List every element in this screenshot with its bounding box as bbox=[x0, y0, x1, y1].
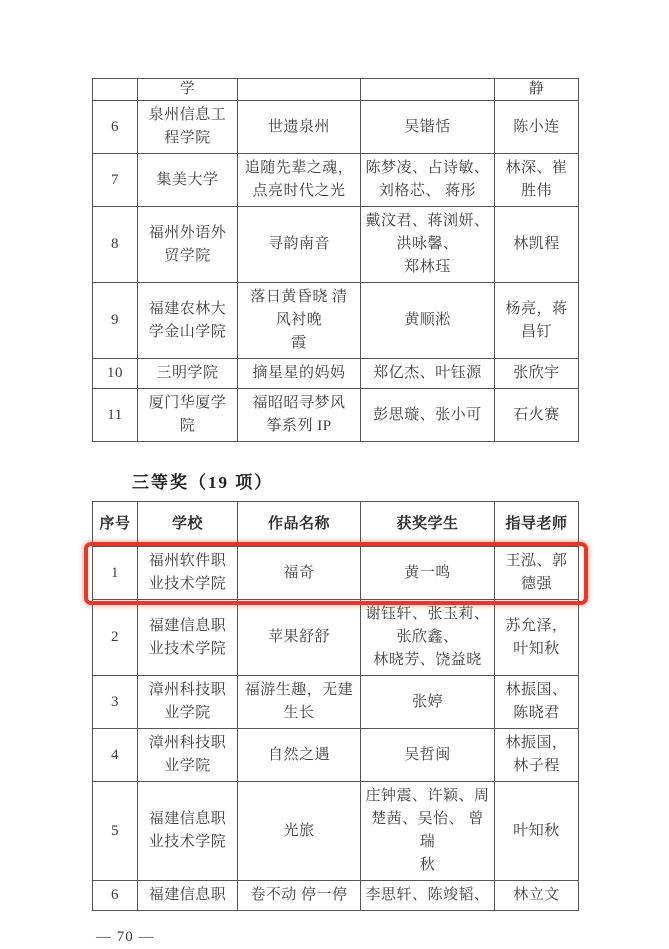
teachers-cell: 陈小连 bbox=[495, 101, 579, 154]
table-row: 9福建农林大 学金山学院落日黄昏晓 清 风衬晚 霞黄顺淞杨亮，蒋 昌钉 bbox=[93, 283, 579, 359]
table-header-row: 序号学校作品名称获奖学生指导老师 bbox=[93, 502, 579, 547]
teachers-cell: 石火赛 bbox=[495, 389, 579, 442]
table-row: 6泉州信息工 程学院世遗泉州吴锴恬陈小连 bbox=[93, 101, 579, 154]
table-row: 6福建信息职卷不动 停一停李思轩、陈竣韬、林立文 bbox=[93, 881, 579, 911]
teachers-cell: 静 bbox=[495, 79, 579, 101]
table-row: 学静 bbox=[93, 79, 579, 101]
work-title-cell: 福奇 bbox=[238, 547, 361, 600]
students-cell: 郑亿杰、叶钰源 bbox=[361, 359, 495, 389]
serial-cell: 10 bbox=[93, 359, 138, 389]
school-cell: 集美大学 bbox=[138, 154, 238, 207]
teachers-cell: 叶知秋 bbox=[495, 782, 579, 881]
teachers-cell: 林凯程 bbox=[495, 207, 579, 283]
students-cell: 谢钰轩、张玉莉、 张欣鑫、 林晓芳、饶益晓 bbox=[361, 600, 495, 676]
students-cell: 戴汶君、蒋浏妍、 洪咏馨、 郑林珏 bbox=[361, 207, 495, 283]
third-prize-table-body: 1福州软件职 业技术学院福奇黄一鸣王泓、郭 德强2福建信息职 业技术学院苹果舒舒… bbox=[93, 547, 579, 911]
page-number: — 70 — bbox=[96, 929, 669, 946]
students-cell: 黄一鸣 bbox=[361, 547, 495, 600]
serial-cell bbox=[93, 79, 138, 101]
teachers-cell: 张欣宇 bbox=[495, 359, 579, 389]
work-title-cell: 落日黄昏晓 清 风衬晚 霞 bbox=[238, 283, 361, 359]
serial-cell: 1 bbox=[93, 547, 138, 600]
serial-cell: 3 bbox=[93, 676, 138, 729]
school-cell: 厦门华厦学 院 bbox=[138, 389, 238, 442]
work-title-cell: 摘星星的妈妈 bbox=[238, 359, 361, 389]
school-cell: 福建农林大 学金山学院 bbox=[138, 283, 238, 359]
teachers-cell: 苏允泽， 叶知秋 bbox=[495, 600, 579, 676]
serial-cell: 5 bbox=[93, 782, 138, 881]
students-cell: 李思轩、陈竣韬、 bbox=[361, 881, 495, 911]
serial-cell: 8 bbox=[93, 207, 138, 283]
table-row: 2福建信息职 业技术学院苹果舒舒谢钰轩、张玉莉、 张欣鑫、 林晓芳、饶益晓苏允泽… bbox=[93, 600, 579, 676]
school-cell: 福建信息职 业技术学院 bbox=[138, 782, 238, 881]
third-prize-table: 序号学校作品名称获奖学生指导老师 1福州软件职 业技术学院福奇黄一鸣王泓、郭 德… bbox=[92, 501, 579, 911]
column-header: 学校 bbox=[138, 502, 238, 547]
second-prize-table-body: 学静6泉州信息工 程学院世遗泉州吴锴恬陈小连7集美大学追随先辈之魂， 点亮时代之… bbox=[93, 79, 579, 442]
table-row: 4漳州科技职 业学院自然之遇吴哲闽林振国， 林子程 bbox=[93, 729, 579, 782]
work-title-cell: 寻韵南音 bbox=[238, 207, 361, 283]
table-row: 3漳州科技职 业学院福游生趣，无建 生长张婷林振国、 陈晓君 bbox=[93, 676, 579, 729]
school-cell: 福州外语外 贸学院 bbox=[138, 207, 238, 283]
teachers-cell: 林立文 bbox=[495, 881, 579, 911]
work-title-cell: 福游生趣，无建 生长 bbox=[238, 676, 361, 729]
work-title-cell: 苹果舒舒 bbox=[238, 600, 361, 676]
serial-cell: 4 bbox=[93, 729, 138, 782]
school-cell: 三明学院 bbox=[138, 359, 238, 389]
column-header: 序号 bbox=[93, 502, 138, 547]
students-cell bbox=[361, 79, 495, 101]
table-row: 5福建信息职 业技术学院光旅庄钟震、许颖、周 楚茜、吴怡、 曾瑞 秋叶知秋 bbox=[93, 782, 579, 881]
section-heading: 三等奖（19 项） bbox=[132, 468, 669, 493]
serial-cell: 11 bbox=[93, 389, 138, 442]
table-row: 8福州外语外 贸学院寻韵南音戴汶君、蒋浏妍、 洪咏馨、 郑林珏林凯程 bbox=[93, 207, 579, 283]
work-title-cell bbox=[238, 79, 361, 101]
table-row: 10三明学院摘星星的妈妈郑亿杰、叶钰源张欣宇 bbox=[93, 359, 579, 389]
column-header: 指导老师 bbox=[495, 502, 579, 547]
school-cell: 福建信息职 bbox=[138, 881, 238, 911]
students-cell: 陈梦凌、占诗敏、 刘格芯、 蒋彤 bbox=[361, 154, 495, 207]
school-cell: 福州软件职 业技术学院 bbox=[138, 547, 238, 600]
work-title-cell: 光旅 bbox=[238, 782, 361, 881]
teachers-cell: 林深、崔 胜伟 bbox=[495, 154, 579, 207]
school-cell: 漳州科技职 业学院 bbox=[138, 729, 238, 782]
serial-cell: 6 bbox=[93, 101, 138, 154]
work-title-cell: 世遗泉州 bbox=[238, 101, 361, 154]
students-cell: 庄钟震、许颖、周 楚茜、吴怡、 曾瑞 秋 bbox=[361, 782, 495, 881]
document-page: 学静6泉州信息工 程学院世遗泉州吴锴恬陈小连7集美大学追随先辈之魂， 点亮时代之… bbox=[0, 0, 669, 949]
work-title-cell: 卷不动 停一停 bbox=[238, 881, 361, 911]
students-cell: 彭思璇、张小可 bbox=[361, 389, 495, 442]
students-cell: 吴哲闽 bbox=[361, 729, 495, 782]
table-row: 11厦门华厦学 院福昭昭寻梦风 筝系列 IP彭思璇、张小可石火赛 bbox=[93, 389, 579, 442]
work-title-cell: 自然之遇 bbox=[238, 729, 361, 782]
teachers-cell: 林振国、 陈晓君 bbox=[495, 676, 579, 729]
serial-cell: 9 bbox=[93, 283, 138, 359]
table-row: 1福州软件职 业技术学院福奇黄一鸣王泓、郭 德强 bbox=[93, 547, 579, 600]
teachers-cell: 林振国， 林子程 bbox=[495, 729, 579, 782]
work-title-cell: 福昭昭寻梦风 筝系列 IP bbox=[238, 389, 361, 442]
column-header: 获奖学生 bbox=[361, 502, 495, 547]
serial-cell: 7 bbox=[93, 154, 138, 207]
students-cell: 黄顺淞 bbox=[361, 283, 495, 359]
school-cell: 泉州信息工 程学院 bbox=[138, 101, 238, 154]
school-cell: 漳州科技职 业学院 bbox=[138, 676, 238, 729]
teachers-cell: 杨亮，蒋 昌钉 bbox=[495, 283, 579, 359]
work-title-cell: 追随先辈之魂， 点亮时代之光 bbox=[238, 154, 361, 207]
teachers-cell: 王泓、郭 德强 bbox=[495, 547, 579, 600]
school-cell: 学 bbox=[138, 79, 238, 101]
students-cell: 张婷 bbox=[361, 676, 495, 729]
serial-cell: 2 bbox=[93, 600, 138, 676]
school-cell: 福建信息职 业技术学院 bbox=[138, 600, 238, 676]
students-cell: 吴锴恬 bbox=[361, 101, 495, 154]
second-prize-table-continued: 学静6泉州信息工 程学院世遗泉州吴锴恬陈小连7集美大学追随先辈之魂， 点亮时代之… bbox=[92, 78, 579, 442]
column-header: 作品名称 bbox=[238, 502, 361, 547]
serial-cell: 6 bbox=[93, 881, 138, 911]
table-row: 7集美大学追随先辈之魂， 点亮时代之光陈梦凌、占诗敏、 刘格芯、 蒋彤林深、崔 … bbox=[93, 154, 579, 207]
